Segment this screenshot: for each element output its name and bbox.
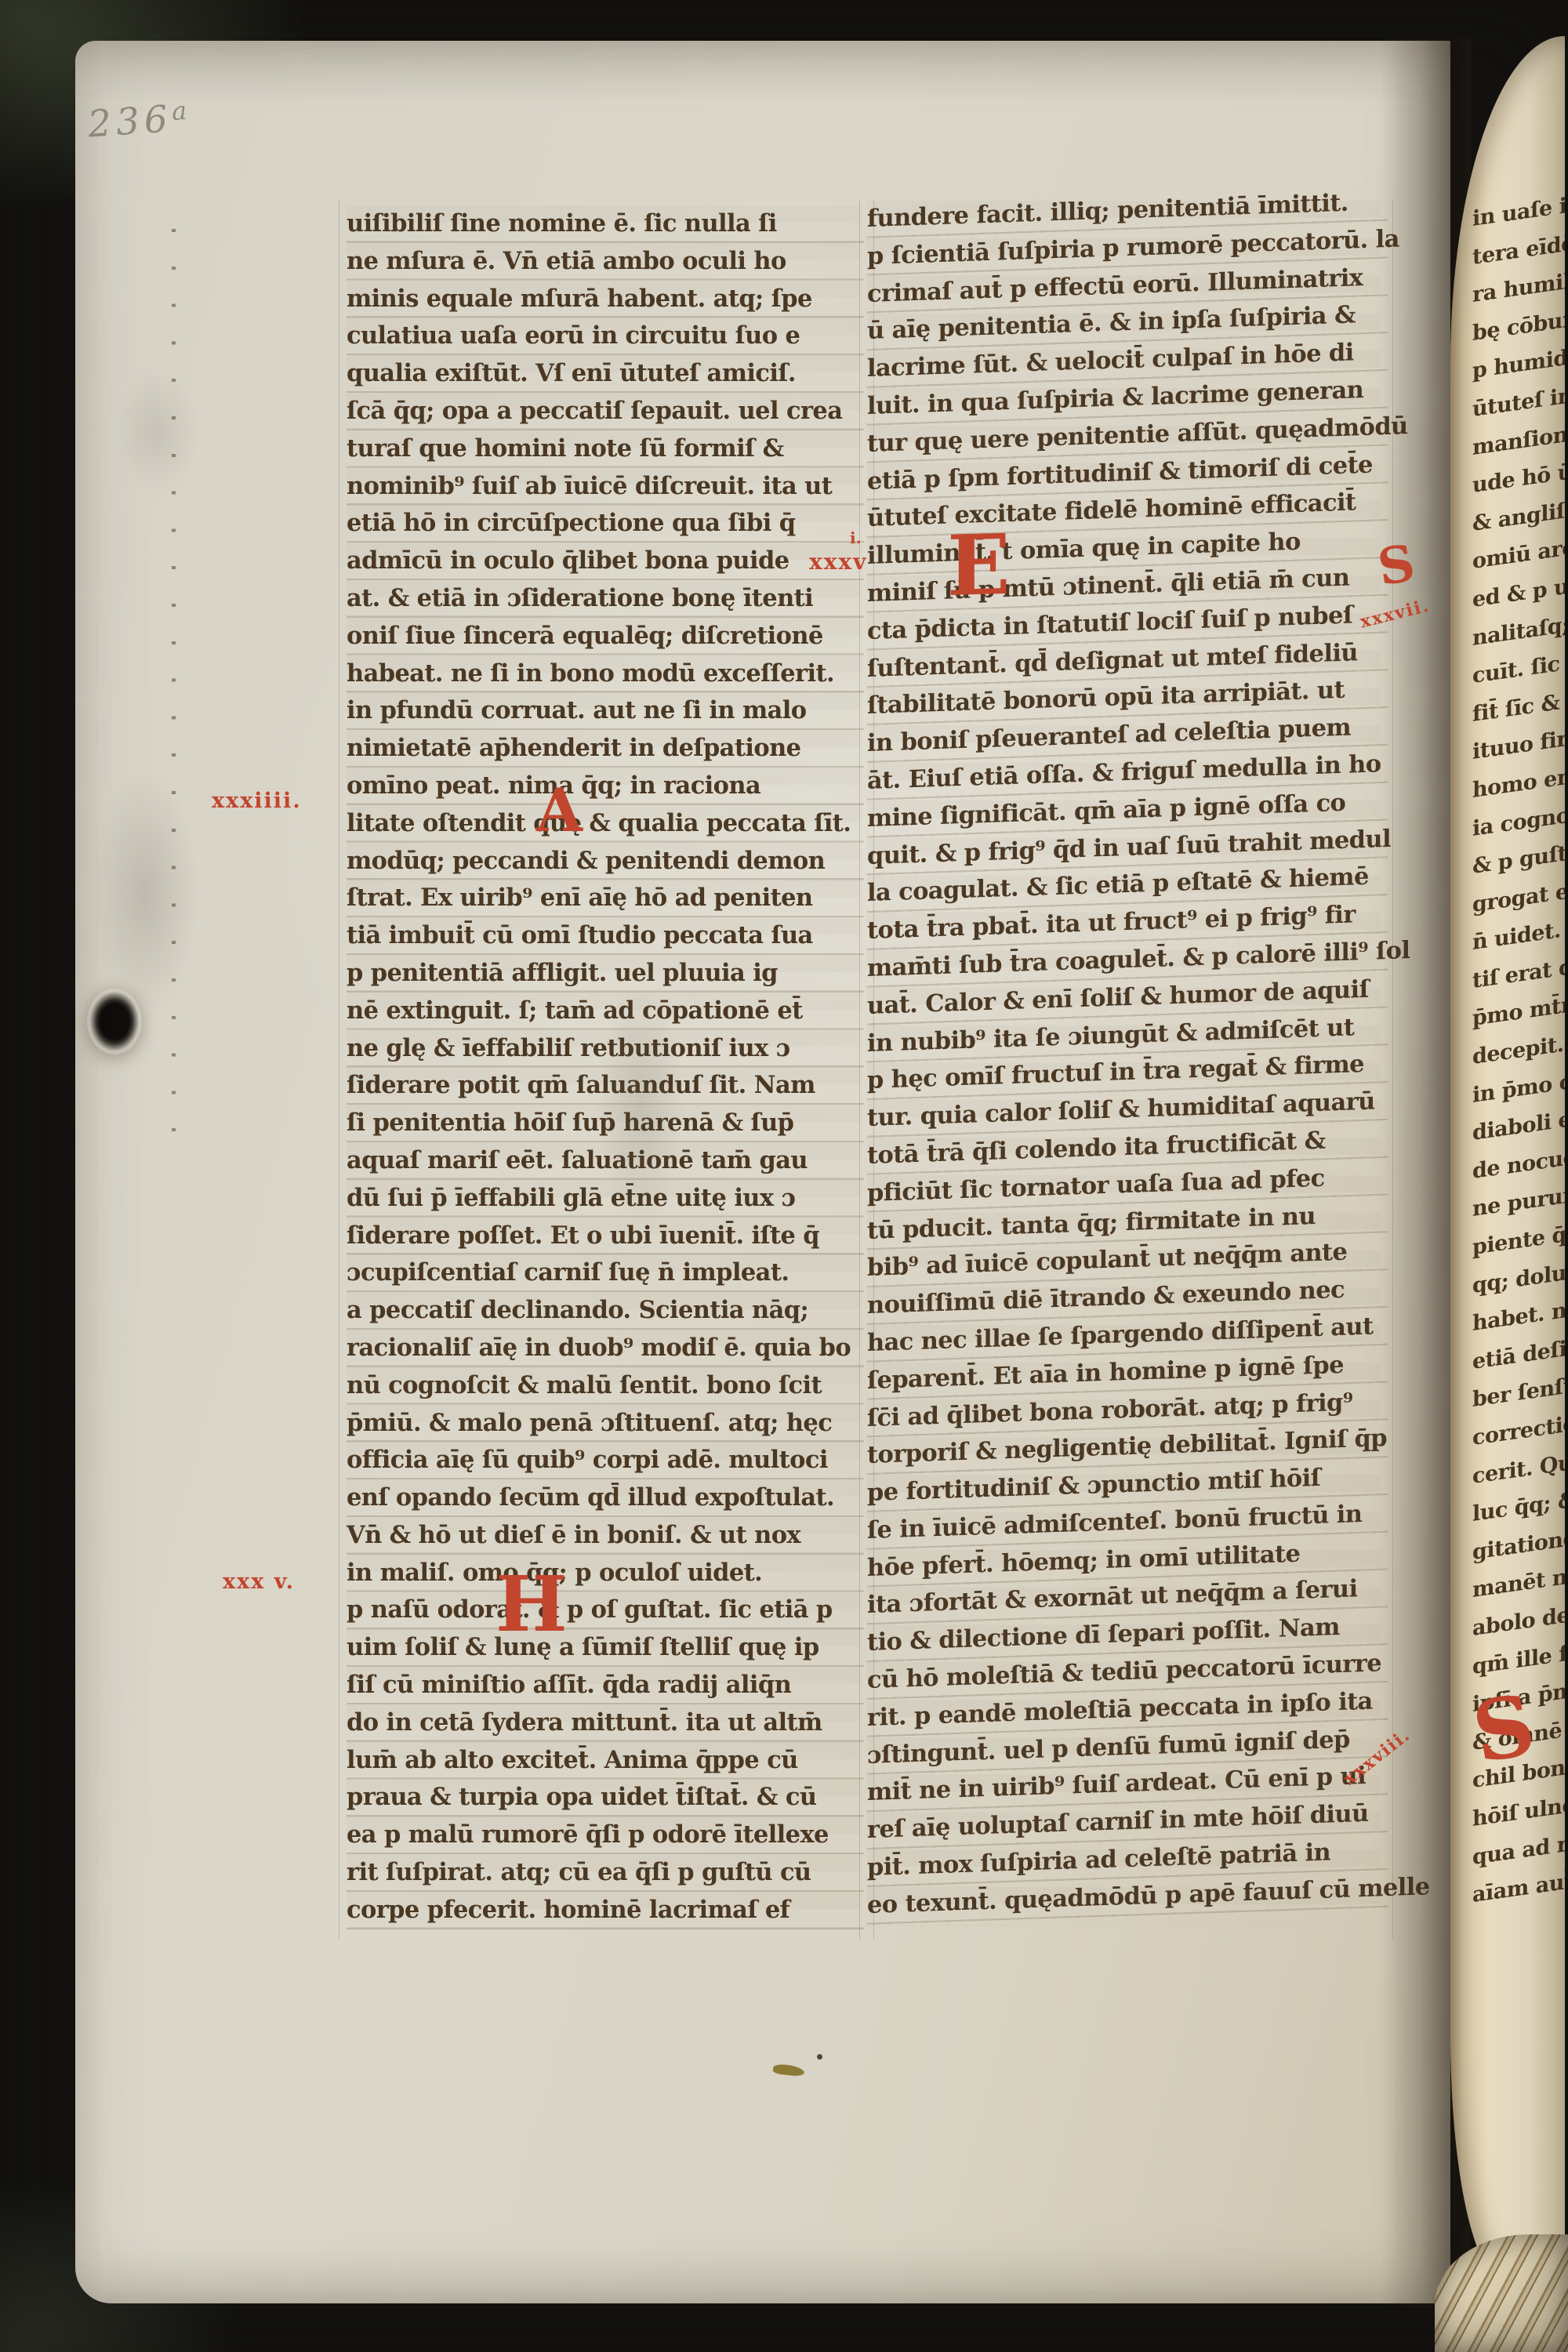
text-line: culatiua uaſa eorū in circuitu ſuo e [347, 318, 864, 355]
ruling-vertical-line [339, 199, 339, 1940]
rubricated-initial-a: A [536, 781, 583, 840]
parchment-hole [89, 991, 140, 1052]
text-line: do in cetā ſydera mittunt̄. ita ut altm̄ [347, 1704, 864, 1742]
text-line: nū cognoſcit & malū ſentit. bono ſcit [347, 1367, 864, 1405]
text-line: ſtrat. Ex uirib⁹ enī aīę hō ad peniten [347, 880, 864, 917]
folio-number-digits: 236 [86, 97, 173, 146]
text-line: ſcā q̄q; opa a peccatiſ ſepauit. uel cre… [347, 393, 864, 430]
text-line: p naſū odorat. & p oſ guſtat. ſic etiā p [347, 1592, 864, 1629]
text-line: ɔcupiſcentiaſ carniſ ſuę n̄ impleat. [347, 1254, 864, 1292]
parchment-stain [102, 345, 212, 517]
chapter-number-xxxvi: i.xxxv [809, 549, 867, 575]
text-line: minis equale mſurā habent. atq; ſpe [347, 281, 864, 318]
text-line: admīcū in oculo q̄libet bona puide [347, 543, 864, 580]
text-line: at. & etiā in ɔſideratione bonę ītenti [347, 580, 864, 618]
text-line: nominib⁹ ſuiſ ab īuicē diſcreuit. ita ut [347, 468, 864, 506]
text-line: uiſibiliſ ſine nomine ē. ſic nulla ſi [347, 205, 864, 243]
text-line: ne mſura ē. Vn̄ etiā ambo oculi ho [347, 243, 864, 281]
text-line: Vn̄ & hō ut dieſ ē in boniſ. & ut nox [347, 1517, 864, 1555]
text-line: habeat. ne ſi in bono modū exceſſerit. [347, 655, 864, 693]
next-page-sliver: in uaſe ipſī edificat. ubitera eīdē hōiſ… [1450, 36, 1565, 2280]
text-column-right: fundere facit. illiq; penitentiā īmittit… [867, 183, 1388, 1925]
text-line: a peccatiſ declinando. Scientia nāq; [347, 1292, 864, 1330]
text-line: omīno peat. nima q̄q; in raciona [347, 768, 864, 805]
text-line: etiā hō in circūſpectione qua ſibi q̄ [347, 505, 864, 543]
rubricated-initial-h: H [495, 1566, 568, 1642]
folio-number-superscript: a [171, 95, 193, 126]
text-line: in pfundū corruat. aut ne ſi in malo [347, 692, 864, 730]
parchment-stain [582, 941, 699, 1270]
text-line: turaſ que homini note ſū formiſ & [347, 430, 864, 468]
text-line: enſ opando ſecūm qd̄ illud expoſtulat. [347, 1479, 864, 1517]
text-line: in maliſ. omo q̄q; p oculoſ uidet. [347, 1555, 864, 1592]
text-line: oniſ ſiue ſincerā equalēq; diſcretionē [347, 618, 864, 655]
next-page-text: in uaſe ipſī edificat. ubitera eīdē hōiſ… [1472, 143, 1565, 1915]
folio-number: 236a [86, 95, 193, 146]
chapter-number-xxxvi-superscript: i. [850, 528, 862, 547]
chapter-number-xxxv: xxx v. [223, 1570, 295, 1594]
text-line: officia aīę ſū quib⁹ corpi adē. multoci [347, 1442, 864, 1479]
text-line: rit ſuſpirat. atq; cū ea q̄ſi p guſtū cū [347, 1854, 864, 1892]
text-line: nimietatē ap̄henderit in deſpatione [347, 730, 864, 768]
text-line: litate oſtendit quę & qualia peccata ſīt… [347, 805, 864, 843]
text-line: in uaſe ipſī edificat. ubi [1472, 143, 1565, 239]
text-line: uim ſoliſ & lunę a ſūmiſ ſtelliſ quę ip [347, 1629, 864, 1667]
text-line: modūq; peccandi & penitendi demon [347, 843, 864, 880]
text-line: praua & turpia opa uidet t̄iſtat̄. & cū [347, 1779, 864, 1817]
chapter-number-xxxiiii: xxxiiii. [212, 789, 302, 813]
rubricated-initial-e: E [947, 523, 1011, 608]
text-line: ſiſ cū miniſtio aſſīt. q̄da radij aliq̄n [347, 1667, 864, 1704]
text-line: p̄miū. & malo penā ɔſtituenſ. atq; hęc [347, 1405, 864, 1443]
text-line: tiā imbuit̄ cū omī ſtudio peccata ſua [347, 917, 864, 955]
pricking-dots [172, 229, 176, 1138]
small-dot [817, 2054, 822, 2060]
text-line: lum̄ ab alto excitet̄. Anima q̄ppe cū [347, 1742, 864, 1780]
chapter-number-xxxvi-main: xxxv [809, 549, 867, 575]
text-line: racionaliſ aīę in duob⁹ modiſ ē. quia bo [347, 1330, 864, 1367]
manuscript-photo: 236a uiſibiliſ ſine nomine ē. ſic nulla … [0, 0, 1568, 2352]
text-line: corpe pfecerit. hominē lacrimaſ ef [347, 1892, 864, 1929]
text-line: ea p malū rumorē q̄ſi p odorē ītellexe [347, 1817, 864, 1854]
text-line: qualia exiſtūt. Vſ enī ūtuteſ amiciſ. [347, 355, 864, 393]
next-page-rubricated-initial-s: S [1374, 539, 1418, 593]
